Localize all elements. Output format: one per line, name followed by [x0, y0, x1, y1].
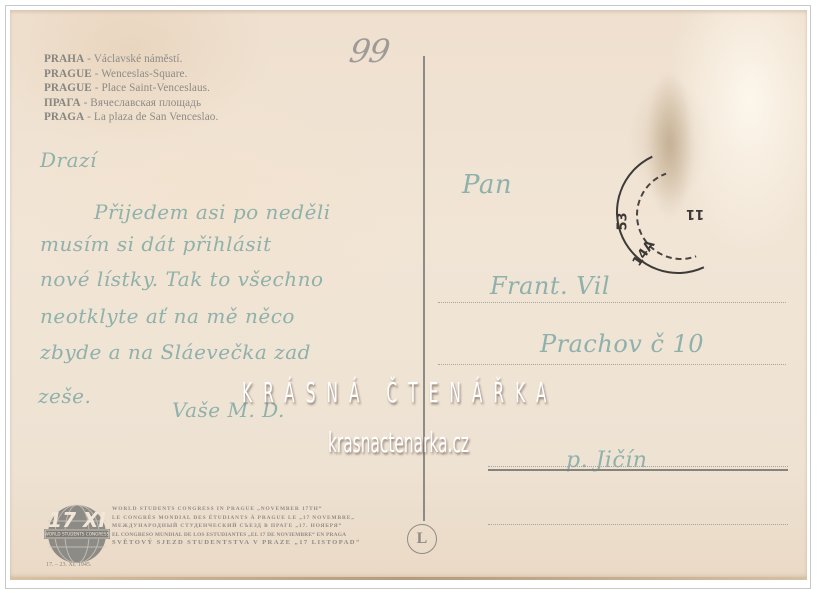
caption-line: ПРАГА - Вячеславская площадь	[44, 96, 218, 111]
message-line: zbyde a na Sláevečka zad	[40, 340, 311, 364]
address-salutation: Pan	[462, 170, 512, 200]
caption-line: PRAGUE - Place Saint-Venceslaus.	[44, 81, 218, 96]
svg-text:WORLD STUDENTS CONGRESS: WORLD STUDENTS CONGRESS	[45, 532, 110, 537]
message-line: neotklyte ať na mě něco	[40, 304, 295, 328]
message-line: nové lístky. Tak to všechno	[40, 267, 324, 291]
address-underline	[488, 469, 788, 471]
globe-logo-icon: WORLD STUDENTS CONGRESS 17 XI	[44, 501, 110, 567]
svg-text:17 XI: 17 XI	[48, 508, 106, 532]
postcard: PRAHA - Václavské náměstí. PRAGUE - Wenc…	[10, 10, 807, 580]
congress-date: 17. – 23. XI. 1945.	[46, 562, 91, 568]
congress-text-block: WORLD STUDENTS CONGRESS IN PRAGUE „NOVEM…	[112, 505, 361, 548]
caption-block: PRAHA - Václavské náměstí. PRAGUE - Wenc…	[44, 52, 218, 125]
watermark-title: KRÁSNÁ ČTENÁŘKA	[242, 376, 557, 409]
pencil-number: 99	[347, 32, 392, 70]
caption-line: PRAGA - La plaza de San Venceslao.	[44, 110, 218, 125]
congress-line: LE CONGRÈS MONDIAL DES ÉTUDIANTS À PRAGU…	[112, 514, 361, 523]
address-name: Frant. Vil	[490, 272, 610, 300]
watermark-url: krasnactenarka.cz	[328, 426, 469, 459]
caption-line: PRAHA - Václavské náměstí.	[44, 52, 218, 67]
postmark-text: 11	[686, 206, 704, 221]
address-line	[488, 524, 788, 525]
congress-line: WORLD STUDENTS CONGRESS IN PRAGUE „NOVEM…	[112, 505, 361, 514]
caption-line: PRAGUE - Wenceslas-Square.	[44, 67, 218, 82]
printer-logo-icon: L	[407, 524, 437, 554]
address-line	[438, 364, 786, 365]
message-line: zeše.	[38, 384, 91, 408]
postmark-text: 53	[616, 212, 631, 230]
message-line: musím si dát přihlásit	[40, 232, 272, 256]
congress-line: SVĚTOVÝ SJEZD STUDENTSTVA V PRAZE „17 LI…	[112, 539, 361, 548]
address-street: Prachov č 10	[540, 330, 704, 358]
message-greeting: Drazí	[40, 148, 97, 172]
address-line	[488, 466, 788, 467]
message-line: Přijedem asi po neděli	[94, 200, 331, 224]
address-line	[438, 302, 786, 303]
congress-line: МЕЖДУНАРОДНЫЙ СТУДЕНЧЕСКИЙ СЪЕЗД В ПРАГЕ…	[112, 522, 361, 531]
